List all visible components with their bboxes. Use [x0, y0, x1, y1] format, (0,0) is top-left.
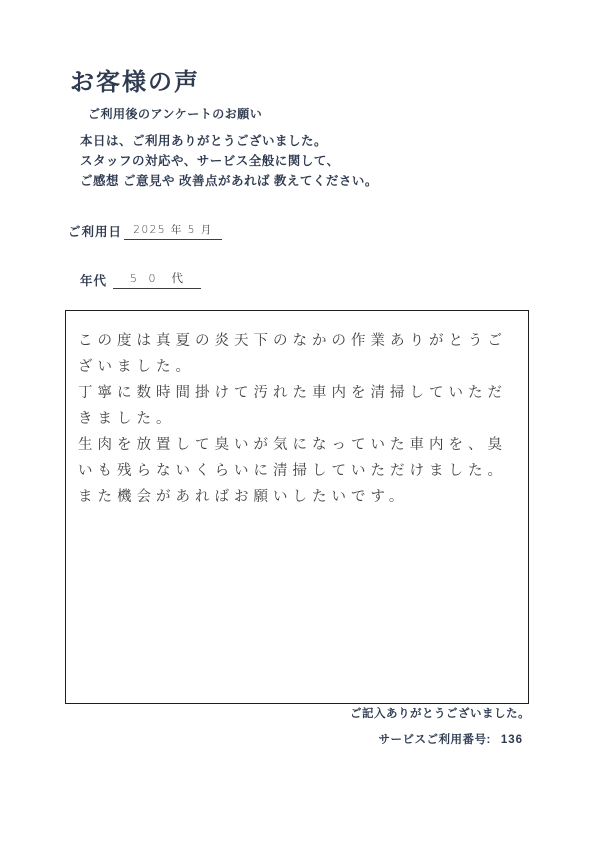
age-suffix-label: 代 [172, 273, 185, 285]
usage-date-field: ご利用日2025 年 5 月 [68, 222, 222, 240]
intro-text: 本日は、ご利用ありがとうございました。 スタッフの対応や、サービス全般に関して、… [80, 131, 378, 191]
intro-line: 本日は、ご利用ありがとうございました。 [80, 131, 378, 151]
comment-line: 生肉を放置して臭いが気になっていた車内を、臭 [78, 432, 518, 458]
service-number-row: サービスご利用番号:136 [378, 731, 523, 747]
comment-line: ざいました。 [78, 354, 518, 380]
comment-box: この度は真夏の炎天下のなかの作業ありがとうご ざいました。 丁寧に数時間掛けて汚… [65, 310, 529, 704]
usage-date-label: ご利用日 [68, 225, 122, 239]
comment-line: この度は真夏の炎天下のなかの作業ありがとうご [78, 328, 518, 354]
comment-line: 丁寧に数時間掛けて汚れた車内を清掃していただ [78, 380, 518, 406]
comment-line: いも残らないくらいに清掃していただけました。 [78, 458, 518, 484]
service-number-value: 136 [501, 734, 523, 746]
age-value: 5 0 [130, 272, 160, 285]
page-subtitle: ご利用後のアンケートのお願い [88, 105, 262, 122]
customer-feedback-sheet: お客様の声 ご利用後のアンケートのお願い 本日は、ご利用ありがとうございました。… [0, 0, 595, 842]
handwritten-comment: この度は真夏の炎天下のなかの作業ありがとうご ざいました。 丁寧に数時間掛けて汚… [66, 311, 528, 510]
footer-thanks-text: ご記入ありがとうございました。 [350, 705, 530, 721]
age-field: 年代5 0代 [80, 270, 201, 289]
comment-line: きました。 [78, 406, 518, 432]
age-underline: 5 0代 [113, 270, 201, 289]
comment-line: また機会があればお願いしたいです。 [78, 484, 518, 510]
usage-date-value: 2025 年 5 月 [133, 224, 212, 236]
age-label: 年代 [80, 274, 107, 288]
page-title: お客様の声 [70, 62, 200, 97]
usage-date-underline: 2025 年 5 月 [124, 222, 222, 240]
intro-line: ご感想 ご意見や 改善点があれば 教えてください。 [80, 171, 378, 191]
service-number-label: サービスご利用番号: [378, 734, 490, 746]
intro-line: スタッフの対応や、サービス全般に関して、 [80, 151, 378, 171]
